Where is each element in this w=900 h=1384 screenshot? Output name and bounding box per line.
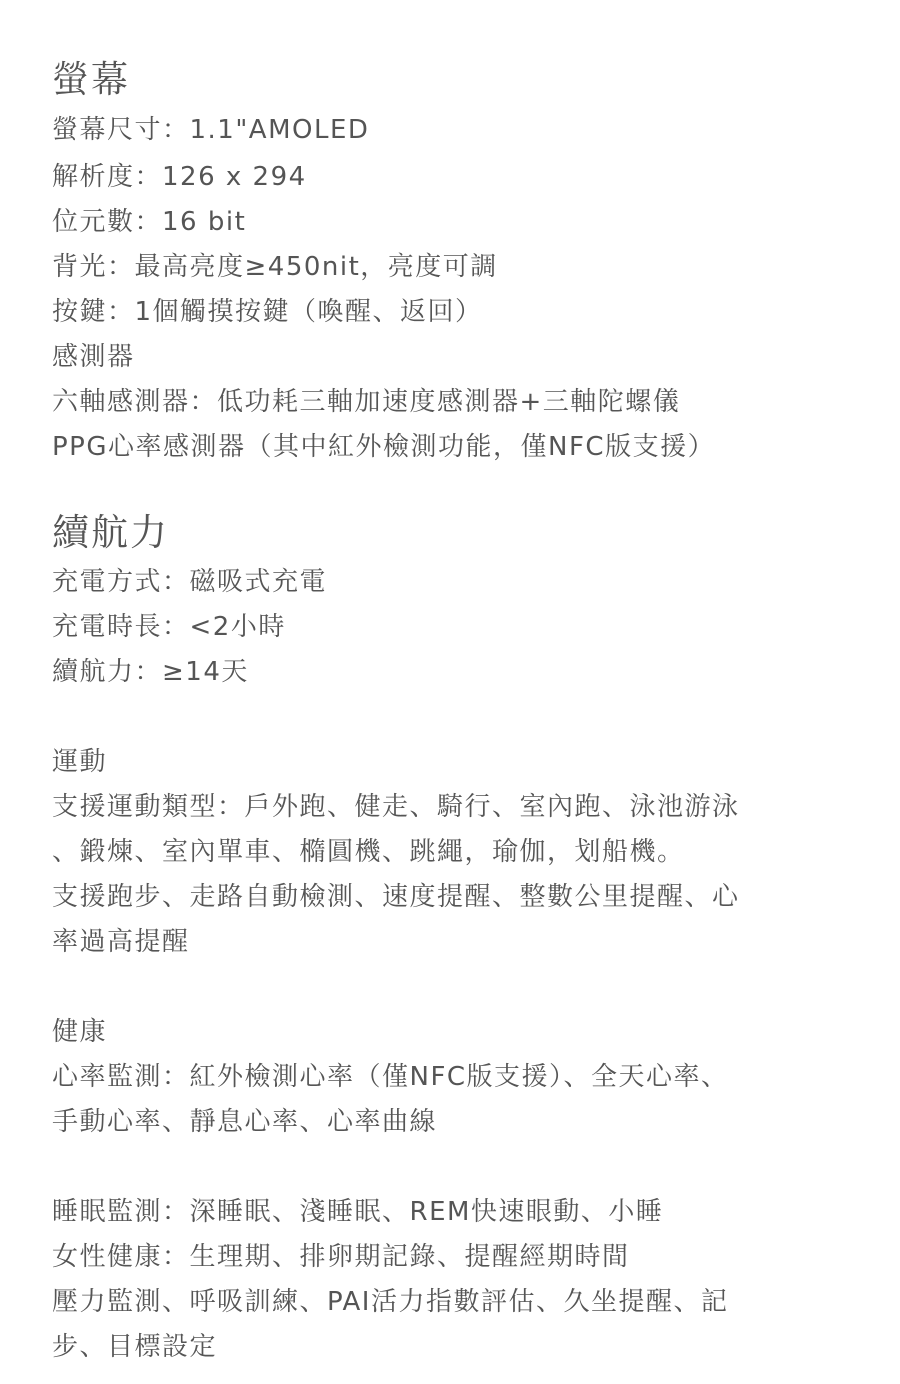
spec-line: 充電時長：<2小時: [52, 610, 286, 644]
section-title-sport: 運動: [52, 745, 107, 779]
spec-line: 步、目標設定: [52, 1330, 217, 1364]
spec-line: 女性健康：生理期、排卵期記錄、提醒經期時間: [52, 1240, 630, 1274]
spec-line: 解析度：126 x 294: [52, 160, 307, 194]
spec-line: 充電方式：磁吸式充電: [52, 565, 327, 599]
spec-line: 率過高提醒: [52, 925, 190, 959]
section-title-battery: 續航力: [52, 511, 169, 555]
section-title-screen: 螢幕: [52, 58, 130, 102]
spec-line: PPG心率感測器（其中紅外檢測功能，僅NFC版支援）: [52, 430, 715, 464]
spec-line: 、鍛煉、室內單車、橢圓機、跳繩，瑜伽，划船機。: [52, 835, 685, 869]
spec-line: 支援跑步、走路自動檢測、速度提醒、整數公里提醒、心: [52, 880, 740, 914]
spec-subheading-sensors: 感測器: [52, 340, 135, 374]
spec-line: 六軸感測器：低功耗三軸加速度感測器+三軸陀螺儀: [52, 385, 680, 419]
spec-line: 支援運動類型：戶外跑、健走、騎行、室內跑、泳池游泳: [52, 790, 740, 824]
spec-line: 背光：最高亮度≥450nit，亮度可調: [52, 250, 498, 284]
spec-line: 續航力：≥14天: [52, 655, 249, 689]
spec-line: 睡眠監測：深睡眠、淺睡眠、REM快速眼動、小睡: [52, 1195, 663, 1229]
spec-line: 心率監測：紅外檢測心率（僅NFC版支援）、全天心率、: [52, 1060, 729, 1094]
spec-line: 壓力監測、呼吸訓練、PAI活力指數評估、久坐提醒、記: [52, 1285, 728, 1319]
section-title-health: 健康: [52, 1015, 107, 1049]
spec-line: 螢幕尺寸：1.1"AMOLED: [52, 113, 369, 147]
spec-line: 按鍵：1個觸摸按鍵（喚醒、返回）: [52, 295, 483, 329]
spec-line: 手動心率、靜息心率、心率曲線: [52, 1105, 437, 1139]
spec-line: 位元數：16 bit: [52, 205, 246, 239]
